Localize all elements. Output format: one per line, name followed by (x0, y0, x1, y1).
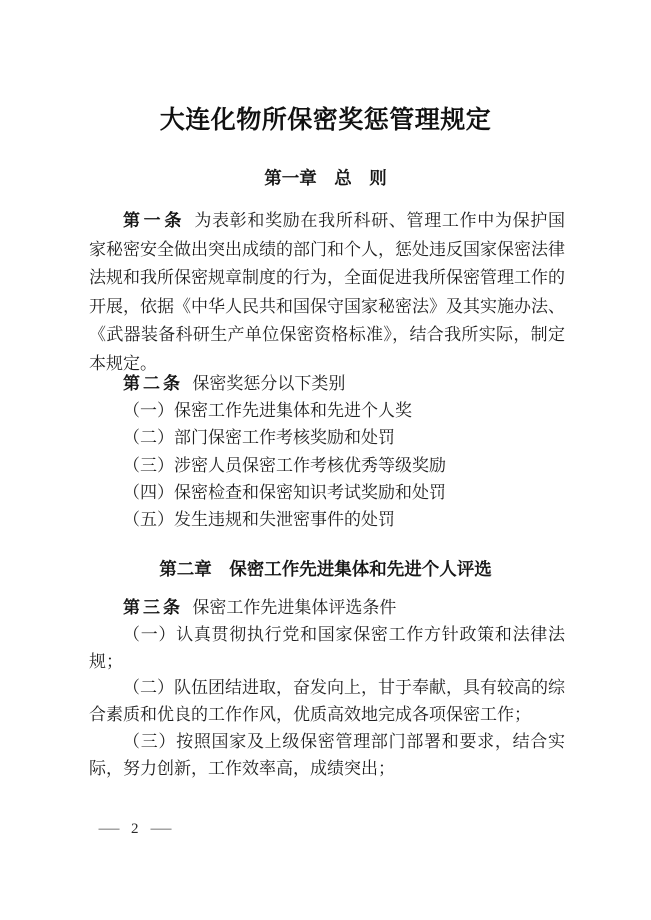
chapter1-article2-block: 第二条保密奖惩分以下类别 （一）保密工作先进集体和先进个人奖 （二）部门保密工作… (89, 370, 565, 533)
chapter1-list-item: （五）发生违规和失泄密事件的处罚 (89, 506, 565, 533)
article-2-label: 第二条 (123, 374, 183, 393)
chapter2-list-item: （二）队伍团结进取，奋发向上，甘于奉献，具有较高的综合素质和优良的工作作风，优质… (89, 675, 565, 729)
article-2-paragraph: 第二条保密奖惩分以下类别 (89, 370, 565, 397)
article-2-text: 保密奖惩分以下类别 (192, 374, 345, 393)
chapter2-list-item: （三）按照国家及上级保密管理部门部署和要求，结合实际，努力创新，工作效率高，成绩… (89, 729, 565, 783)
chapter1-article1-block: 第一条为表彰和奖励在我所科研、管理工作中为保护国家秘密安全做出突出成绩的部门和个… (89, 207, 565, 378)
article-3-paragraph: 第三条保密工作先进集体评选条件 (89, 595, 565, 622)
page-footer: —2— (101, 820, 169, 838)
chapter1-heading: 第一章 总 则 (0, 165, 651, 190)
chapter2-heading: 第二章 保密工作先进集体和先进个人评选 (0, 556, 651, 581)
article-1-text: 为表彰和奖励在我所科研、管理工作中为保护国家秘密安全做出突出成绩的部门和个人，惩… (89, 211, 565, 373)
document-title: 大连化物所保密奖惩管理规定 (0, 100, 651, 136)
article-1-paragraph: 第一条为表彰和奖励在我所科研、管理工作中为保护国家秘密安全做出突出成绩的部门和个… (89, 207, 565, 378)
chapter1-list-item: （二）部门保密工作考核奖励和处罚 (89, 424, 565, 451)
article-3-label: 第三条 (123, 598, 183, 617)
document-page: 大连化物所保密奖惩管理规定 第一章 总 则 第一条为表彰和奖励在我所科研、管理工… (0, 0, 651, 920)
footer-right-dash: — (150, 820, 171, 838)
footer-left-dash: — (99, 820, 120, 838)
chapter1-list-item: （一）保密工作先进集体和先进个人奖 (89, 397, 565, 424)
chapter1-list-item: （三）涉密人员保密工作考核优秀等级奖励 (89, 452, 565, 479)
chapter1-list-item: （四）保密检查和保密知识考试奖励和处罚 (89, 479, 565, 506)
article-1-label: 第一条 (123, 211, 185, 230)
page-number: 2 (131, 821, 139, 838)
chapter2-list-item: （一）认真贯彻执行党和国家保密工作方针政策和法律法规； (89, 622, 565, 676)
article-3-text: 保密工作先进集体评选条件 (192, 598, 396, 617)
chapter2-body-block: 第三条保密工作先进集体评选条件 （一）认真贯彻执行党和国家保密工作方针政策和法律… (89, 595, 565, 783)
